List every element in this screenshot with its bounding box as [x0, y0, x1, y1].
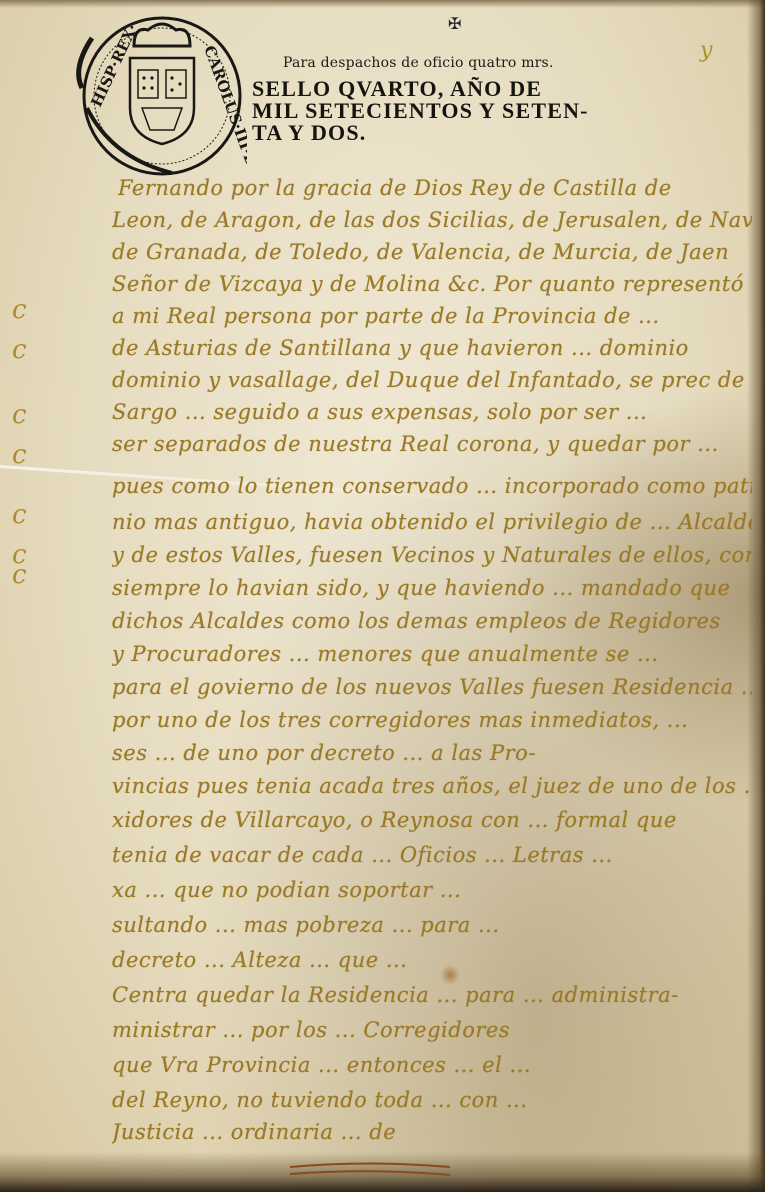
- margin-mark: c: [12, 500, 27, 530]
- tax-denomination-line: Para despachos de oficio quatro mrs.: [283, 55, 554, 71]
- handwritten-line: ses ... de uno por decreto ... a las Pro…: [112, 741, 752, 765]
- margin-mark: c: [12, 560, 27, 590]
- manuscript-page: CAROLUS·III·D·G· HISP·REX· ✠ Para despac…: [0, 0, 765, 1192]
- handwritten-line: xidores de Villarcayo, o Reynosa con ...…: [112, 808, 752, 832]
- cross-pattee-icon: ✠: [448, 14, 461, 33]
- handwritten-line: que Vra Provincia ... entonces ... el ..…: [112, 1053, 752, 1077]
- handwritten-line: nio mas antiguo, havia obtenido el privi…: [112, 510, 752, 534]
- handwritten-line: ser separados de nuestra Real corona, y …: [112, 432, 752, 456]
- handwritten-line: decreto ... Alteza ... que ...: [112, 948, 752, 972]
- margin-mark: c: [12, 295, 27, 325]
- sello-title-line-1: SELLO QVARTO, AÑO DE: [252, 78, 672, 100]
- margin-mark: c: [12, 440, 27, 470]
- handwritten-line: vincias pues tenia acada tres años, el j…: [112, 774, 752, 798]
- handwritten-line: a mi Real persona por parte de la Provin…: [112, 304, 752, 328]
- handwritten-line: tenia de vacar de cada ... Oficios ... L…: [112, 843, 752, 867]
- handwritten-line: xa ... que no podian soportar ...: [112, 878, 752, 902]
- corner-annotation: y: [700, 38, 712, 63]
- closing-flourish-icon: [285, 1160, 455, 1180]
- sello-title: SELLO QVARTO, AÑO DE MIL SETECIENTOS Y S…: [252, 78, 672, 144]
- handwritten-line: dominio y vasallage, del Duque del Infan…: [112, 368, 752, 392]
- handwritten-line: Justicia ... ordinaria ... de: [112, 1120, 752, 1144]
- handwritten-line: por uno de los tres corregidores mas inm…: [112, 708, 752, 732]
- handwritten-line: Centra quedar la Residencia ... para ...…: [112, 983, 752, 1007]
- handwritten-line: pues como lo tienen conservado ... incor…: [112, 474, 752, 498]
- paper-top-edge: [0, 0, 765, 8]
- margin-mark: c: [12, 400, 27, 430]
- handwritten-line: Leon, de Aragon, de las dos Sicilias, de…: [112, 208, 752, 232]
- royal-seal-stamp-icon: CAROLUS·III·D·G· HISP·REX·: [62, 8, 247, 178]
- handwritten-line: del Reyno, no tuviendo toda ... con ...: [112, 1088, 752, 1112]
- handwritten-line: Sargo ... seguido a sus expensas, solo p…: [112, 400, 752, 424]
- sello-title-line-3: TA Y DOS.: [252, 122, 672, 144]
- handwritten-line: sultando ... mas pobreza ... para ...: [112, 913, 752, 937]
- handwritten-line: siempre lo havian sido, y que haviendo .…: [112, 576, 752, 600]
- handwritten-line: dichos Alcaldes como los demas empleos d…: [112, 609, 752, 633]
- margin-mark: c: [12, 335, 27, 365]
- handwritten-line: Fernando por la gracia de Dios Rey de Ca…: [118, 176, 758, 200]
- handwritten-line: ministrar ... por los ... Corregidores: [112, 1018, 752, 1042]
- handwritten-line: de Granada, de Toledo, de Valencia, de M…: [112, 240, 752, 264]
- handwritten-line: de Asturias de Santillana y que havieron…: [112, 336, 752, 360]
- handwritten-line: para el govierno de los nuevos Valles fu…: [112, 675, 752, 699]
- handwritten-line: y de estos Valles, fuesen Vecinos y Natu…: [112, 543, 752, 567]
- handwritten-line: y Procuradores ... menores que anualment…: [112, 642, 752, 666]
- sello-title-line-2: MIL SETECIENTOS Y SETEN-: [252, 100, 672, 122]
- handwritten-line: Señor de Vizcaya y de Molina &c. Por qua…: [112, 272, 752, 296]
